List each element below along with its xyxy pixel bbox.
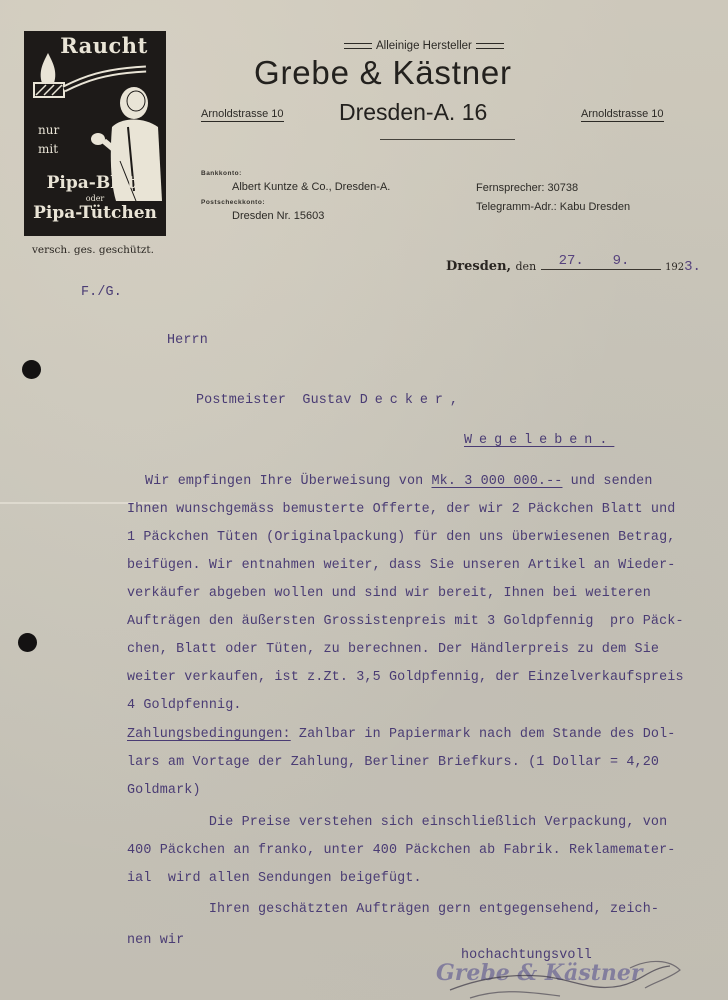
street-address-right: Arnoldstrasse 10	[581, 108, 664, 122]
decorative-rule	[476, 43, 504, 49]
punch-hole	[18, 633, 37, 652]
decorative-rule	[344, 43, 372, 49]
recipient-line: Postmeister Gustav Decker,	[196, 393, 465, 408]
header-divider	[380, 139, 515, 140]
letter-date: Dresden, den 27.9. 1923.	[446, 257, 701, 275]
bank-label: Bankkonto:	[201, 170, 242, 177]
amount: Mk. 3 000 000.--	[432, 474, 563, 489]
date-day: 27.	[559, 253, 584, 269]
bank-value: Albert Kuntze & Co., Dresden-A.	[232, 181, 390, 193]
body-line: 1 Päckchen Tüten (Originalpackung) für d…	[127, 530, 675, 545]
body-line: Aufträgen den äußersten Grossistenpreis …	[127, 614, 684, 629]
logo-headline: Raucht	[24, 33, 166, 58]
body-line: 4 Goldpfennig.	[127, 698, 242, 713]
body-line: Zahlungsbedingungen: Zahlbar in Papierma…	[127, 727, 675, 742]
street-address-left: Arnoldstrasse 10	[201, 108, 284, 122]
logo-product-2: Pipa-Tütchen	[24, 203, 166, 223]
postcheck-value: Dresden Nr. 15603	[232, 210, 324, 222]
date-month: 9.	[613, 253, 630, 269]
tagline-text: Alleinige Hersteller	[376, 40, 472, 52]
body-line: weiter verkaufen, ist z.Zt. 3,5 Goldpfen…	[127, 670, 684, 685]
phone-number: Fernsprecher: 30738	[476, 182, 578, 194]
body-line: Ihren geschätzten Aufträgen gern entgege…	[127, 902, 659, 917]
body-line: beifügen. Wir entnahmen weiter, dass Sie…	[127, 558, 675, 573]
signature-icon	[440, 948, 700, 1000]
salutation-prefix: Herrn	[167, 333, 208, 348]
recipient-town: Wegeleben.	[464, 433, 614, 448]
date-place: Dresden,	[446, 259, 511, 274]
reference-initials: F./G.	[81, 285, 122, 300]
date-year-digit: 3.	[684, 259, 701, 275]
recipient-name: Postmeister Gustav	[196, 393, 352, 408]
date-field: 27.9.	[541, 257, 661, 270]
punch-hole	[22, 360, 41, 379]
logo-text-mit: mit	[38, 142, 58, 156]
body-line: verkäufer abgeben wollen und sind wir be…	[127, 586, 651, 601]
body-line: 400 Päckchen an franko, unter 400 Päckch…	[127, 843, 675, 858]
telegram-address: Telegramm-Adr.: Kabu Dresden	[476, 201, 630, 213]
postcheck-label: Postscheckkonto:	[201, 199, 265, 206]
recipient-surname: Decker,	[360, 393, 465, 408]
date-den: den	[516, 260, 537, 273]
body-line: Wir empfingen Ihre Überweisung von Mk. 3…	[145, 474, 653, 489]
advertising-logo: Raucht nur mit Pipa-Blatt oder Pipa-Tütc…	[24, 31, 166, 236]
body-line: Ihnen wunschgemäss bemusterte Offerte, d…	[127, 502, 675, 517]
body-line: Die Preise verstehen sich einschließlich…	[127, 815, 667, 830]
body-line: Goldmark)	[127, 783, 201, 798]
date-year-prefix: 192	[665, 262, 684, 273]
payment-terms-heading: Zahlungsbedingungen:	[127, 727, 291, 742]
body-line: ial wird allen Sendungen beigefügt.	[127, 871, 422, 886]
logo-product-1: Pipa-Blatt	[24, 173, 166, 193]
trademark-note: versch. ges. geschützt.	[32, 244, 154, 256]
body-line: chen, Blatt oder Tüten, zu berechnen. De…	[127, 642, 659, 657]
company-name: Grebe & Kästner	[254, 54, 512, 92]
body-line: lars am Vortage der Zahlung, Berliner Br…	[127, 755, 659, 770]
logo-conjunction: oder	[24, 194, 166, 203]
company-city: Dresden-A. 16	[339, 99, 487, 126]
body-line: nen wir	[127, 933, 184, 948]
tagline: Alleinige Hersteller	[340, 40, 508, 52]
logo-text-nur: nur	[38, 123, 59, 137]
